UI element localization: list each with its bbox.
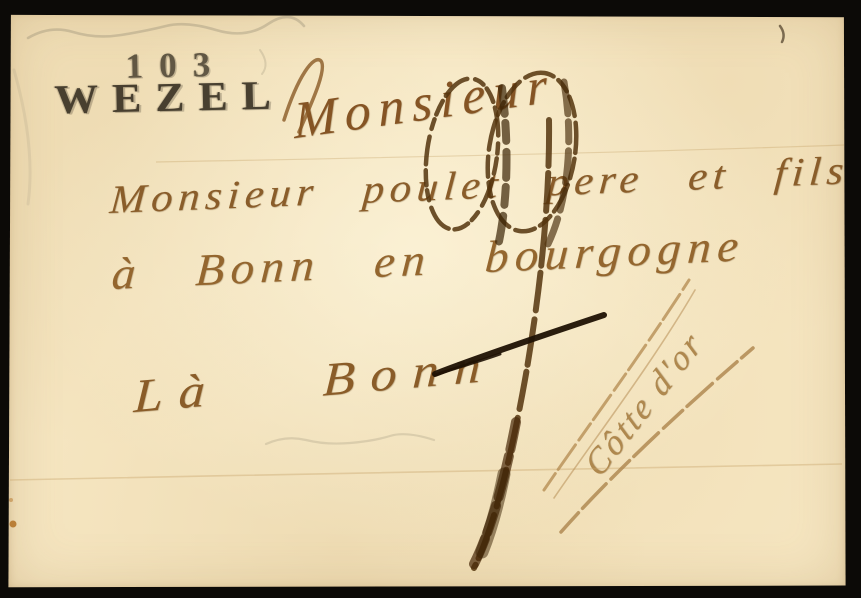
postmark-wezel: 103 WEZEL [53,46,270,120]
address-salutation: Monsieur [293,59,556,148]
photo-background: 103 WEZEL Monsieur Monsieur poulet pere … [0,0,861,598]
address-redirect: Là Bonn [133,342,498,421]
rate-numeral-mark [417,66,587,568]
ink-fleck [9,498,17,528]
department-note: Côtte d'or [579,324,709,483]
address-destination: à Bonn en bourgogne [111,223,746,297]
letter-cover: 103 WEZEL Monsieur Monsieur poulet pere … [8,12,846,589]
address-addressee: Monsieur poulet pere et fils [109,150,851,220]
postmark-town-name: WEZEL [54,74,285,120]
ink-tick-mark [780,26,784,42]
